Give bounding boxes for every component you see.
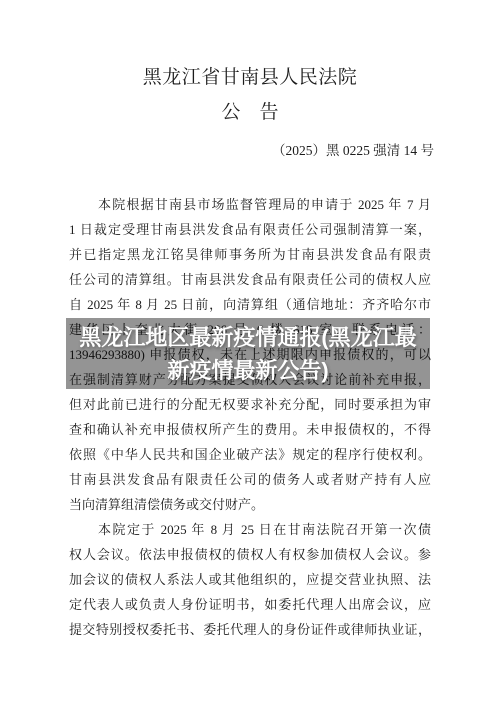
body-line: 并已指定黑龙江铭昊律师事务所为甘南县洪发食品有限责 [69,242,431,267]
overlay-title-line1: 黑龙江地区最新疫情通报(黑龙江最 [66,321,430,354]
case-number: （2025）黑 0225 强清 14 号 [272,141,434,161]
document-body: 本院根据甘南县市场监督管理局的申请于 2025 年 7 月1 日裁定受理甘南县洪… [69,192,431,642]
overlay-title-line2: 新疫情最新公告) [66,354,430,387]
body-line: 自 2025 年 8 月 25 日前，向清算组（通信地址：齐齐哈尔市 [69,292,431,317]
body-line: 本院定于 2025 年 8 月 25 日在甘南法院召开第一次债 [69,517,431,542]
body-line: 甘南县洪发食品有限责任公司的债务人或者财产持有人应 [69,467,431,492]
body-line: 但对此前已进行的分配无权要求补充分配，同时要承担为审 [69,392,431,417]
body-line: 加会议的债权人系法人或其他组织的，应提交营业执照、法 [69,567,431,592]
notice-title: 公 告 [0,101,500,125]
body-line: 定代表人或负责人身份证明书，如委托代理人出席会议，应 [69,592,431,617]
document-page: 黑龙江省甘南县人民法院 公 告 （2025）黑 0225 强清 14 号 本院根… [0,0,500,706]
body-line: 查和确认补充申报债权所产生的费用。未申报债权的，不得 [69,417,431,442]
body-line: 本院根据甘南县市场监督管理局的申请于 2025 年 7 月 [69,192,431,217]
court-title: 黑龙江省甘南县人民法院 [0,66,500,90]
body-line: 当向清算组清偿债务或交付财产。 [69,492,431,517]
body-line: 提交特别授权委托书、委托代理人的身份证件或律师执业证， [69,617,431,642]
watermark-overlay: 黑龙江地区最新疫情通报(黑龙江最 新疫情最新公告) [66,318,430,389]
body-line: 权人会议。依法申报债权的债权人有权参加债权人会议。参 [69,542,431,567]
body-line: 任公司的清算组。甘南县洪发食品有限责任公司的债权人应 [69,267,431,292]
body-line: 1 日裁定受理甘南县洪发食品有限责任公司强制清算一案， [69,217,431,242]
body-line: 依照《中华人民共和国企业破产法》规定的程序行使权利。 [69,442,431,467]
